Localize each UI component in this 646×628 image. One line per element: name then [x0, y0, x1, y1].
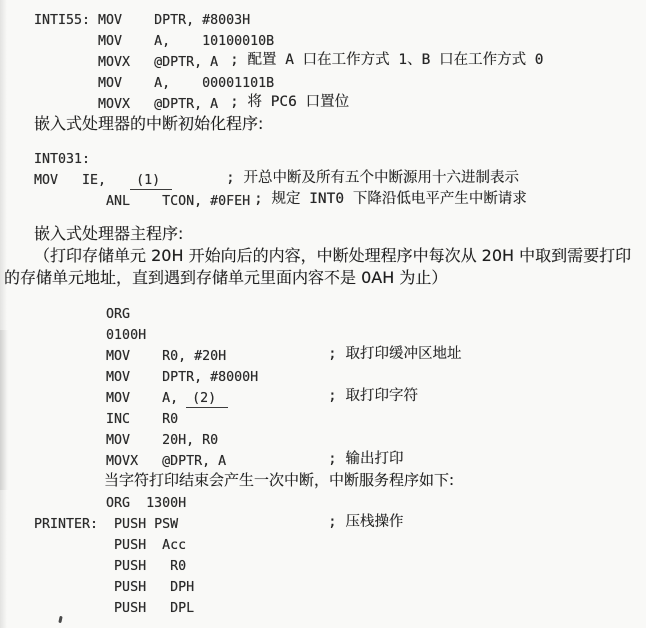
asm-line: PUSH DPH: [34, 575, 646, 596]
section-heading: 嵌入式处理器的中断初始化程序:: [34, 113, 646, 135]
asm-code: MOV R0, #20H: [34, 349, 226, 364]
paragraph-line: 的存储单元地址，直到遇到存储单元里面内容不是 0AH 为止）: [4, 267, 646, 289]
asm-line: MOV A, (2); 取打印字符: [34, 386, 646, 407]
asm-code: INTI55: MOV DPTR, #8003H: [34, 13, 250, 28]
scan-edge-smudge: [0, 330, 9, 490]
asm-code: ORG: [34, 307, 130, 322]
asm-line: INC R0: [34, 407, 646, 428]
scan-edge-shadow: [0, 0, 7, 628]
asm-line: MOVX @DPTR, A; 配置 A 口在工作方式 1、B 口在工作方式 0: [34, 50, 646, 71]
asm-line: PUSH DPL: [34, 596, 646, 617]
asm-comment: ; 将 PC6 口置位: [230, 92, 349, 113]
asm-code: PUSH R0: [34, 559, 186, 574]
scanned-assembly-listing: INTI55: MOV DPTR, #8003H MOV A, 10100010…: [34, 8, 646, 617]
asm-code: MOV A,: [34, 391, 186, 406]
asm-code: MOVX @DPTR, A: [34, 97, 218, 112]
asm-line: INTI55: MOV DPTR, #8003H: [34, 8, 646, 29]
asm-code: PUSH DPH: [34, 580, 194, 595]
asm-line: MOV 20H, R0: [34, 428, 646, 449]
asm-line: MOVX @DPTR, A; 将 PC6 口置位: [34, 92, 646, 113]
note-line: 当字符打印结束会产生一次中断，中断服务程序如下:: [34, 470, 646, 491]
asm-line: PRINTER: PUSH PSW; 压栈操作: [34, 512, 646, 533]
asm-code: MOV IE,: [34, 173, 130, 188]
ink-speck: [58, 616, 62, 623]
section-heading: 嵌入式处理器主程序:: [34, 223, 646, 245]
asm-line: 0100H: [34, 323, 646, 344]
asm-code: MOV A, 10100010B: [34, 34, 274, 49]
asm-line: PUSH R0: [34, 554, 646, 575]
paragraph-line: （打印存储单元 20H 开始向后的内容，中断处理程序中每次从 20H 中取到需要…: [34, 245, 646, 267]
asm-code: MOVX @DPTR, A: [34, 454, 226, 469]
asm-line: MOV IE, (1); 开总中断及所有五个中断源用十六进制表示: [34, 168, 646, 189]
asm-line: MOV A, 00001101B: [34, 71, 646, 92]
asm-comment: ; 配置 A 口在工作方式 1、B 口在工作方式 0: [230, 50, 544, 71]
asm-code: 0100H: [34, 328, 146, 343]
asm-line: INT031:: [34, 147, 646, 168]
asm-code: MOV 20H, R0: [34, 433, 218, 448]
asm-comment: ; 取打印缓冲区地址: [328, 344, 461, 365]
asm-code: MOV DPTR, #8000H: [34, 370, 258, 385]
asm-line: ORG: [34, 302, 646, 323]
blank-answer-field: (2): [186, 391, 228, 408]
asm-code: MOV A, 00001101B: [34, 76, 274, 91]
asm-code: PUSH Acc: [34, 538, 186, 553]
asm-line: ANL TCON, #0FEH; 规定 INT0 下降沿低电平产生中断请求: [34, 189, 646, 210]
asm-line: MOV R0, #20H; 取打印缓冲区地址: [34, 344, 646, 365]
asm-code: PRINTER: PUSH PSW: [34, 517, 178, 532]
asm-line: MOV DPTR, #8000H: [34, 365, 646, 386]
asm-line: MOVX @DPTR, A; 输出打印: [34, 449, 646, 470]
asm-code: INT031:: [34, 152, 90, 167]
asm-line: PUSH Acc: [34, 533, 646, 554]
asm-comment: ; 规定 INT0 下降沿低电平产生中断请求: [254, 189, 527, 210]
asm-comment: ; 取打印字符: [328, 386, 418, 407]
asm-code: PUSH DPL: [34, 601, 194, 616]
asm-line: MOV A, 10100010B: [34, 29, 646, 50]
asm-comment: ; 开总中断及所有五个中断源用十六进制表示: [226, 168, 519, 189]
asm-line: ORG 1300H: [34, 491, 646, 512]
asm-code: MOVX @DPTR, A: [34, 55, 218, 70]
asm-code: ANL TCON, #0FEH: [34, 194, 250, 209]
asm-code: ORG 1300H: [34, 496, 186, 511]
asm-comment: ; 压栈操作: [328, 512, 403, 533]
asm-comment: ; 输出打印: [328, 449, 403, 470]
blank-answer-field: (1): [130, 173, 172, 190]
asm-code: INC R0: [34, 412, 178, 427]
